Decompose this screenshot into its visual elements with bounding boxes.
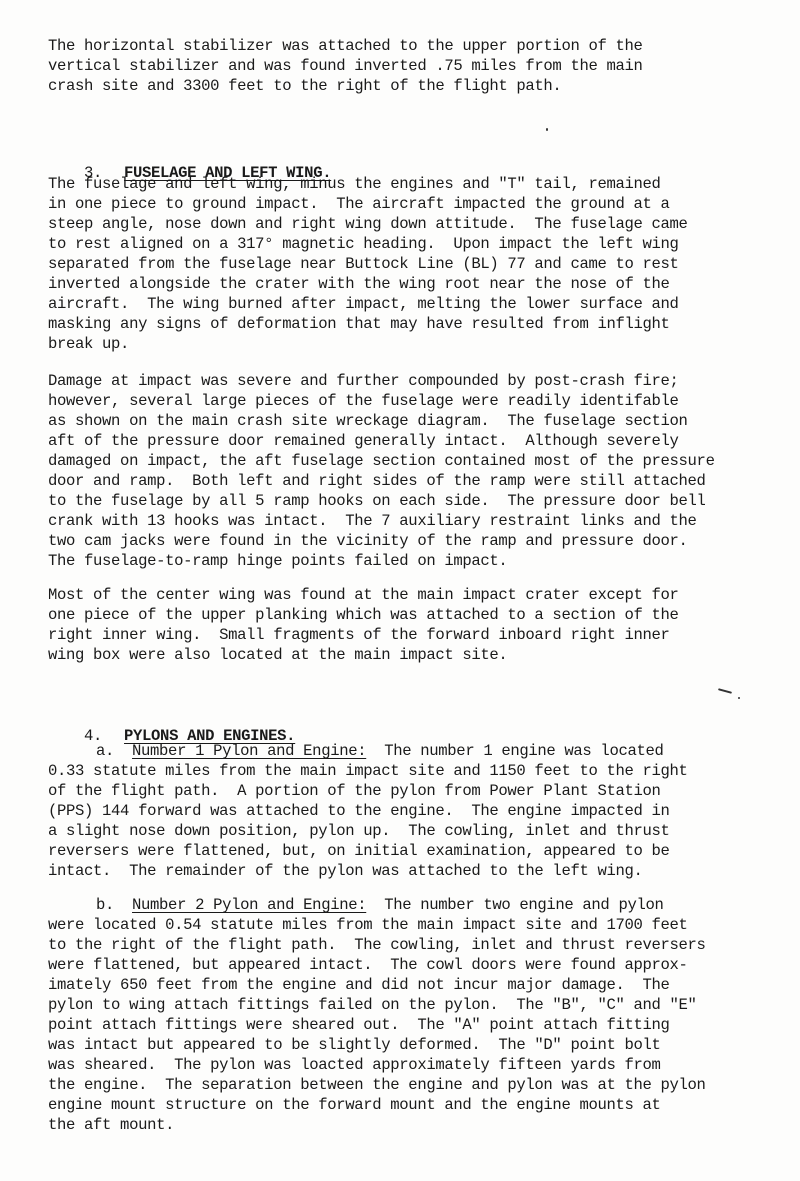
text-line: were flattened, but appeared intact. The… <box>48 955 706 975</box>
text-line: in one piece to ground impact. The aircr… <box>48 194 688 214</box>
text-line: a slight nose down position, pylon up. T… <box>48 821 688 841</box>
text-line: pylon to wing attach fittings failed on … <box>48 995 706 1015</box>
subsection-first-line: a. Number 1 Pylon and Engine: The number… <box>48 741 688 761</box>
scan-mark <box>718 688 732 694</box>
scan-speck <box>546 128 548 131</box>
subsection-a: a. Number 1 Pylon and Engine: The number… <box>48 741 688 881</box>
text-line: of the flight path. A portion of the pyl… <box>48 781 688 801</box>
text-line: as shown on the main crash site wreckage… <box>48 411 715 431</box>
text-line: was sheared. The pylon was loacted appro… <box>48 1055 706 1075</box>
text-line: The fuselage-to-ramp hinge points failed… <box>48 551 715 571</box>
text-line: break up. <box>48 334 688 354</box>
center-wing-paragraph: Most of the center wing was found at the… <box>48 585 679 665</box>
text-line: to the fuselage by all 5 ramp hooks on e… <box>48 491 715 511</box>
text-line: 0.33 statute miles from the main impact … <box>48 761 688 781</box>
subsection-title: Number 2 Pylon and Engine: <box>132 896 366 914</box>
text-line: masking any signs of deformation that ma… <box>48 314 688 334</box>
text-line: (PPS) 144 forward was attached to the en… <box>48 801 688 821</box>
fuselage-paragraph-2: Damage at impact was severe and further … <box>48 371 715 571</box>
text-line: damaged on impact, the aft fuselage sect… <box>48 451 715 471</box>
text-line: were located 0.54 statute miles from the… <box>48 915 706 935</box>
text-line: steep angle, nose down and right wing do… <box>48 214 688 234</box>
text-fragment: The number 1 engine was located <box>366 742 663 760</box>
text-line: two cam jacks were found in the vicinity… <box>48 531 715 551</box>
text-line: wing box were also located at the main i… <box>48 645 679 665</box>
text-line: The fuselage and left wing, minus the en… <box>48 174 688 194</box>
text-line: The horizontal stabilizer was attached t… <box>48 36 643 56</box>
text-line: crank with 13 hooks was intact. The 7 au… <box>48 511 715 531</box>
text-line: inverted alongside the crater with the w… <box>48 274 688 294</box>
text-line: one piece of the upper planking which wa… <box>48 605 679 625</box>
subsection-title: Number 1 Pylon and Engine: <box>132 742 366 760</box>
text-line: Most of the center wing was found at the… <box>48 585 679 605</box>
text-line: engine mount structure on the forward mo… <box>48 1095 706 1115</box>
text-line: vertical stabilizer and was found invert… <box>48 56 643 76</box>
text-line: point attach fittings were sheared out. … <box>48 1015 706 1035</box>
text-fragment: The number two engine and pylon <box>366 896 663 914</box>
text-line: imately 650 feet from the engine and did… <box>48 975 706 995</box>
subsection-letter: b. <box>96 896 114 914</box>
subsection-letter: a. <box>96 742 114 760</box>
fuselage-paragraph-1: The fuselage and left wing, minus the en… <box>48 174 688 354</box>
text-line: reversers were flattened, but, on initia… <box>48 841 688 861</box>
text-line: intact. The remainder of the pylon was a… <box>48 861 688 881</box>
text-line: however, several large pieces of the fus… <box>48 391 715 411</box>
text-line: separated from the fuselage near Buttock… <box>48 254 688 274</box>
text-line: was intact but appeared to be slightly d… <box>48 1035 706 1055</box>
text-line: Damage at impact was severe and further … <box>48 371 715 391</box>
text-line: the engine. The separation between the e… <box>48 1075 706 1095</box>
intro-paragraph: The horizontal stabilizer was attached t… <box>48 36 643 96</box>
subsection-first-line: b. Number 2 Pylon and Engine: The number… <box>48 895 706 915</box>
document-page: The horizontal stabilizer was attached t… <box>0 0 800 1181</box>
scan-speck <box>738 697 740 699</box>
text-line: to rest aligned on a 317° magnetic headi… <box>48 234 688 254</box>
text-line: right inner wing. Small fragments of the… <box>48 625 679 645</box>
text-line: to the right of the flight path. The cow… <box>48 935 706 955</box>
text-line: aircraft. The wing burned after impact, … <box>48 294 688 314</box>
text-line: the aft mount. <box>48 1115 706 1135</box>
text-line: door and ramp. Both left and right sides… <box>48 471 715 491</box>
text-line: crash site and 3300 feet to the right of… <box>48 76 643 96</box>
text-line: aft of the pressure door remained genera… <box>48 431 715 451</box>
subsection-b: b. Number 2 Pylon and Engine: The number… <box>48 895 706 1135</box>
